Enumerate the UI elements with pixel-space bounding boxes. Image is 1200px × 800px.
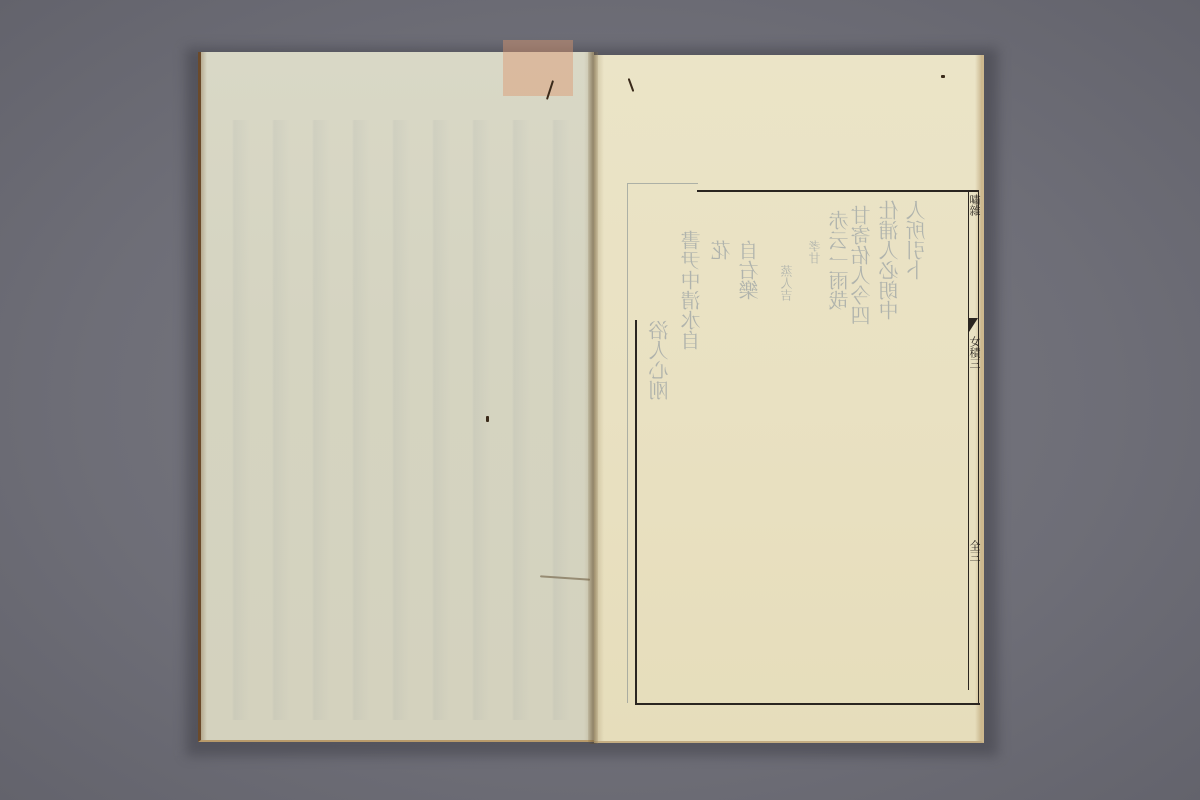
ghost-column: 孝甘 bbox=[808, 240, 822, 264]
frame-bottom-border bbox=[635, 703, 980, 705]
ghost-column: 書尹中清水自 bbox=[680, 230, 704, 350]
block-heart-title: 嘯雜 bbox=[966, 194, 980, 216]
ink-mark bbox=[941, 75, 945, 78]
frame-left-faint-line bbox=[627, 183, 628, 703]
left-page-show-through bbox=[210, 120, 580, 720]
ghost-column: 自右樂 bbox=[738, 240, 762, 300]
ghost-column: 人所引卜 bbox=[905, 200, 929, 280]
fishtail-mark bbox=[969, 318, 978, 332]
block-heart-line bbox=[968, 190, 969, 690]
ghost-column: 仕浦人必朗中 bbox=[878, 200, 902, 320]
ink-mark bbox=[486, 416, 489, 422]
frame-top-border bbox=[697, 190, 978, 192]
ghost-column: 赤云一雨哉 bbox=[828, 210, 852, 310]
ghost-column: 蒸人吉 bbox=[780, 265, 794, 301]
frame-left-border bbox=[635, 320, 637, 705]
frame-top-faint-line bbox=[628, 183, 698, 184]
block-heart-volume: 女積三 bbox=[966, 336, 980, 369]
frame-right-border bbox=[978, 190, 979, 705]
ghost-column: 浴人心刚 bbox=[648, 320, 672, 400]
book-gutter bbox=[588, 52, 598, 744]
ghost-column: 甘寄佑人今四 bbox=[850, 205, 874, 325]
library-stamp bbox=[503, 40, 573, 96]
ghost-column: 花 bbox=[710, 240, 734, 260]
block-heart-folio: 全三 bbox=[966, 540, 980, 562]
